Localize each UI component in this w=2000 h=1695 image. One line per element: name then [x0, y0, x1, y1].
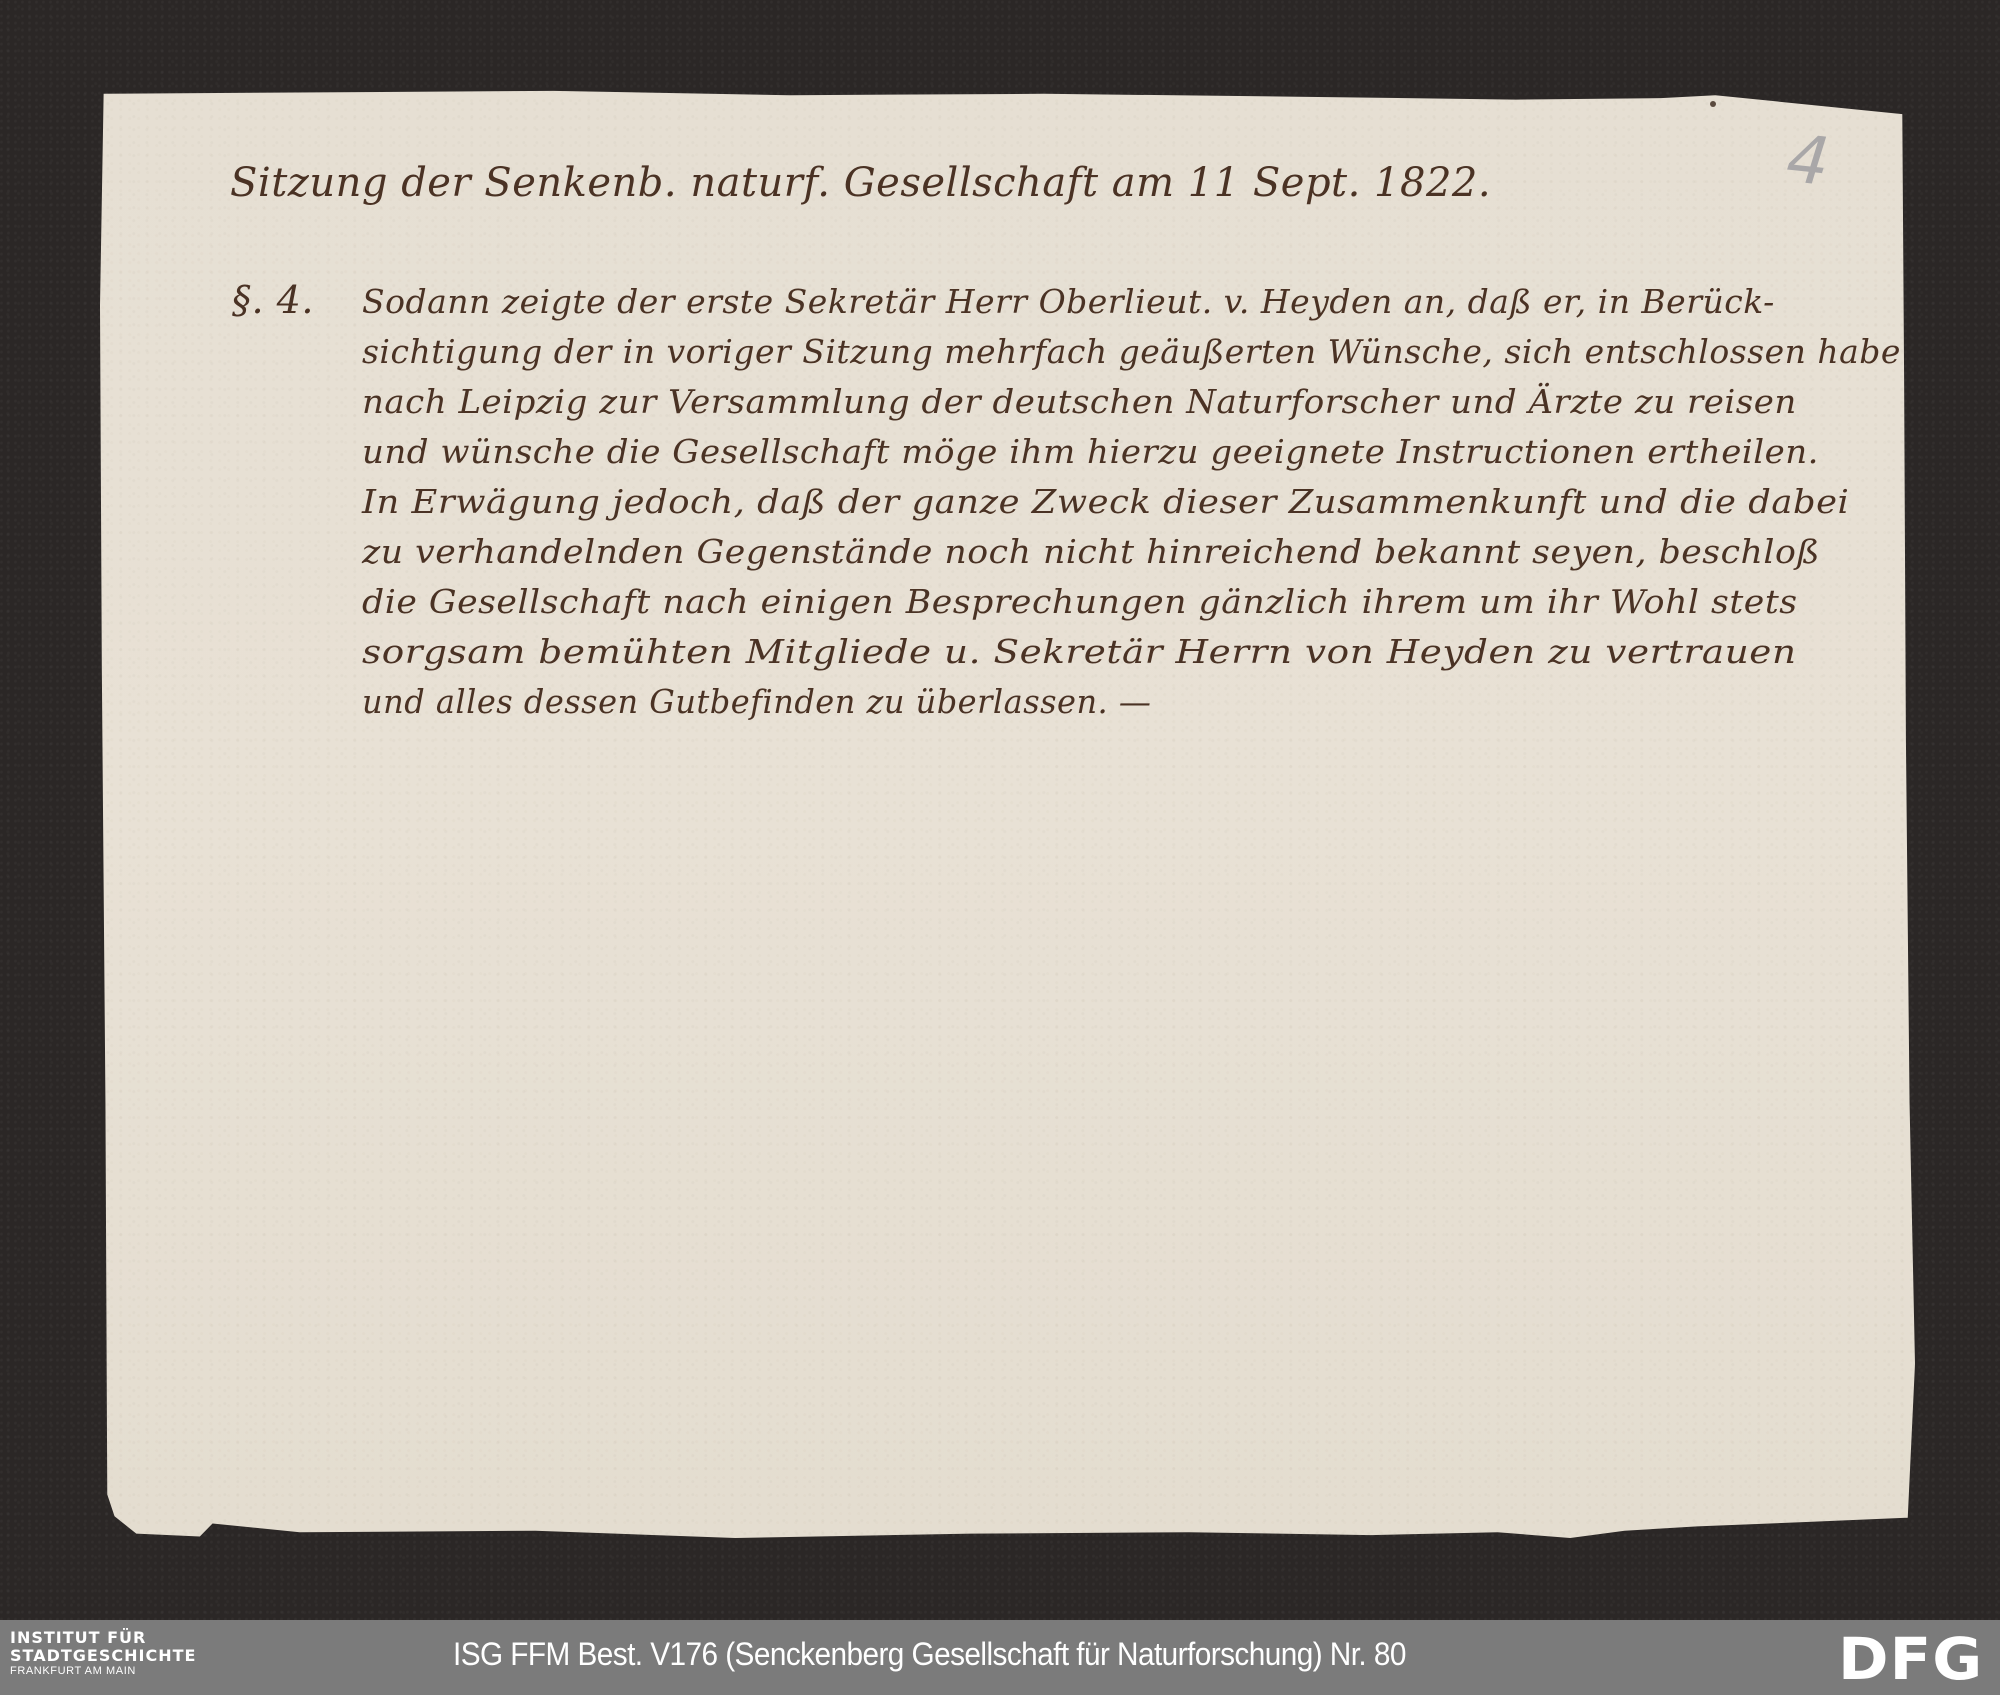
paragraph-mark: §. 4.	[232, 278, 314, 322]
manuscript-line: nach Leipzig zur Versammlung der deutsch…	[362, 382, 1797, 421]
manuscript-line: und wünsche die Gesellschaft möge ihm hi…	[362, 432, 1819, 471]
pencil-page-number: 4	[1783, 120, 1833, 201]
manuscript-line: Sodann zeigte der erste Sekretär Herr Ob…	[362, 282, 1775, 321]
manuscript-line: sorgsam bemühten Mitgliede u. Sekretär H…	[362, 632, 1797, 671]
dfg-logo: DFG	[1838, 1630, 1983, 1688]
logo-line-1: INSTITUT FÜR	[10, 1630, 196, 1646]
archive-reference-caption: ISG FFM Best. V176 (Senckenberg Gesellsc…	[453, 1636, 1406, 1673]
manuscript-line: In Erwägung jedoch, daß der ganze Zweck …	[362, 482, 1849, 521]
ink-spot	[1710, 101, 1716, 107]
manuscript-title: Sitzung der Senkenb. naturf. Gesellschaf…	[230, 160, 1491, 206]
footer-bar: INSTITUT FÜR STADTGESCHICHTE FRANKFURT A…	[0, 1620, 2000, 1695]
institut-fuer-stadtgeschichte-logo: INSTITUT FÜR STADTGESCHICHTE FRANKFURT A…	[10, 1630, 196, 1677]
manuscript-line: die Gesellschaft nach einigen Besprechun…	[362, 582, 1798, 621]
manuscript-line: zu verhandelnden Gegenstände noch nicht …	[362, 532, 1820, 571]
manuscript-line: sichtigung der in voriger Sitzung mehrfa…	[362, 332, 1901, 371]
logo-line-3: FRANKFURT AM MAIN	[10, 1666, 196, 1677]
logo-line-2: STADTGESCHICHTE	[10, 1648, 196, 1664]
manuscript-line: und alles dessen Gutbefinden zu überlass…	[362, 682, 1151, 721]
document-viewer: 4 Sitzung der Senkenb. naturf. Gesellsch…	[0, 0, 2000, 1620]
